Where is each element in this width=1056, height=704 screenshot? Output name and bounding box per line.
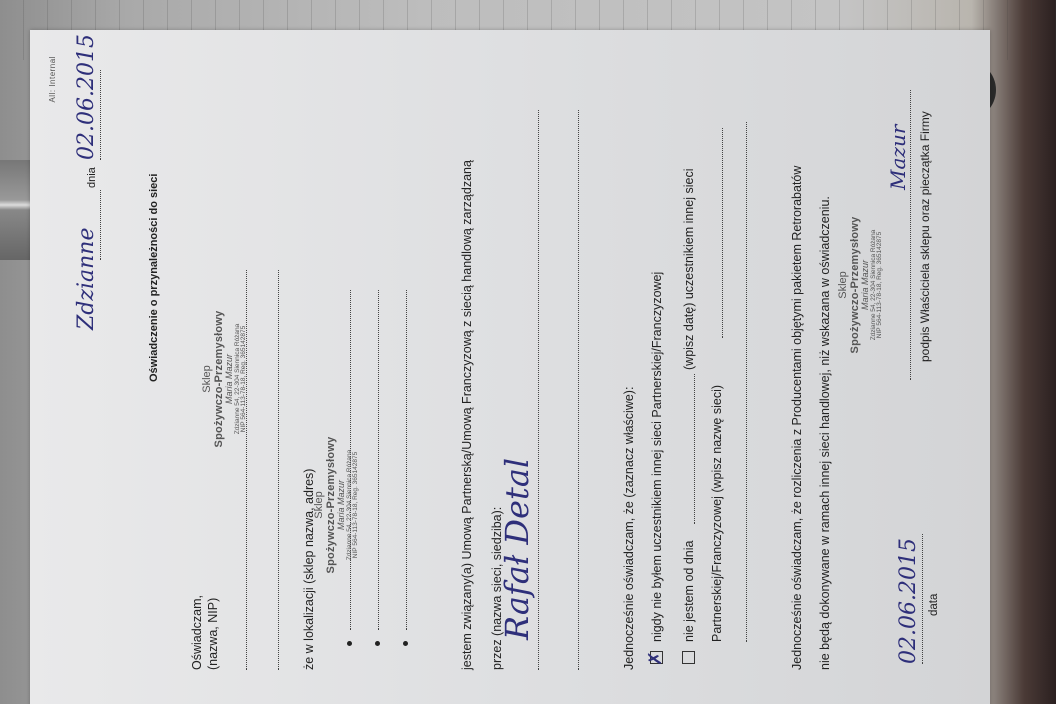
option-2-checkbox[interactable] [682, 651, 695, 664]
footer-stamp-line-1: Sklep [838, 190, 850, 380]
bullet-1 [347, 641, 352, 646]
network-signature: Rafał Detal [498, 458, 536, 640]
declare-sublabel: (nazwa, NIP) [206, 598, 220, 670]
background-metal-edge [0, 160, 30, 260]
date-label: dnia [86, 167, 98, 188]
settlement-line-1: Jednocześnie oświadczam, że rozliczenia … [790, 166, 804, 670]
location-line-2 [378, 290, 379, 630]
checkmark-icon: ✗ [646, 651, 664, 666]
settlement-line-2: nie będą dokonywane w ramach innej sieci… [818, 196, 832, 670]
footer-signature-line [910, 90, 911, 380]
place-handwritten: Zdzianne [74, 228, 99, 330]
footer-signature: Mazur [886, 125, 910, 190]
location-stamp: Sklep Spożywczo-Przemysłowy Maria Mazur … [314, 420, 360, 590]
option-1-label: nigdy nie byłem uczestnikiem innej sieci… [650, 272, 664, 642]
declare-label: Oświadczam, [190, 595, 204, 670]
options-intro: Jednocześnie oświadczam, że (zaznacz wła… [622, 387, 636, 670]
network-sentence: jestem związany(a) Umową Partnerską/Umow… [460, 160, 474, 670]
option-2-extra-line [746, 122, 747, 642]
bullet-3 [403, 641, 408, 646]
bullet-2 [375, 641, 380, 646]
place-dotted-line [100, 190, 101, 260]
page-title: Oświadczenie o przynależności do sieci [148, 174, 160, 382]
location-line-3 [406, 290, 407, 630]
declarant-line-2 [278, 270, 279, 670]
option-2-network-line [722, 128, 723, 338]
footer-signature-label: podpis Właściciela sklepu oraz pieczątka… [918, 111, 932, 362]
option-2-label-a: nie jestem od dnia [682, 541, 696, 642]
declaration-form: All: Internal Zdzianne dnia 02.06.2015 O… [30, 30, 990, 704]
paper-wrapper: All: Internal Zdzianne dnia 02.06.2015 O… [30, 30, 990, 704]
option-2-label-b: (wpisz datę) uczestnikiem innej sieci [682, 169, 696, 370]
network-line-1 [538, 110, 539, 670]
classification-label: All: Internal [48, 56, 57, 103]
date-handwritten: 02.06.2015 [74, 34, 99, 160]
date-dotted-line [100, 70, 101, 160]
place-date-header: Zdzianne dnia 02.06.2015 [74, 70, 104, 330]
footer-date-handwritten: 02.06.2015 [896, 538, 921, 664]
option-2-date-line [694, 374, 695, 524]
declarant-stamp: Sklep Spożywczo-Przemysłowy Maria Mazur … [202, 274, 248, 484]
loc-stamp-line-1: Sklep [314, 420, 326, 590]
footer-date-line [922, 534, 923, 664]
option-1-checkbox[interactable]: ✗ [650, 651, 663, 664]
option-2-label-c: Partnerskiej/Franczyzowej (wpisz nazwę s… [710, 385, 724, 642]
loc-stamp-line-5: NIP 564-113-78-18, Reg. 365142875 [353, 420, 360, 590]
stamp-line-1: Sklep [202, 274, 214, 484]
network-line-2 [578, 110, 579, 670]
footer-stamp-line-5: NIP 564-113-78-18, Reg. 365142875 [877, 190, 884, 380]
footer-date-label: data [928, 594, 940, 616]
stamp-line-5: NIP 564-113-78-18, Reg. 365142875 [241, 274, 248, 484]
footer-stamp: Sklep Spożywczo-Przemysłowy Maria Mazur … [838, 190, 884, 380]
